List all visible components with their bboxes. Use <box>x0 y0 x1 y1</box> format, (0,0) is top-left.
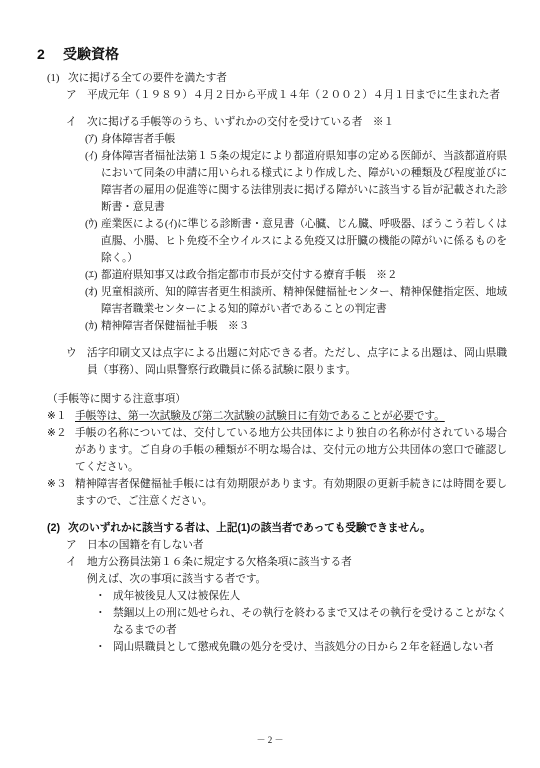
certificate-item-b-label: (ｲ) <box>85 148 101 165</box>
note-2: ※２ 手帳の名称については、交付している地方公共団体により独自の名称が付されてい… <box>37 425 507 476</box>
requirement-1: (1) 次に掲げる全ての要件を満たす者 <box>37 70 507 87</box>
note-3: ※３ 精神障害者保健福祉手帳には有効期限があります。有効期限の更新手続きには時間… <box>37 476 507 510</box>
disqualification-bullet-2-text: 禁錮以上の刑に処せられ、その執行を終わるまで又はその執行を受けることがなくなるま… <box>113 605 507 639</box>
section-heading: 2 受験資格 <box>37 46 507 62</box>
note-1-label: ※１ <box>47 408 75 425</box>
document-content: 2 受験資格 (1) 次に掲げる全ての要件を満たす者 ア 平成元年（１９８９）４… <box>37 46 507 656</box>
certificate-item-c-label: (ｳ) <box>85 216 101 233</box>
certificate-item-d: (ｴ) 都道府県知事又は政令指定都市市長が交付する療育手帳 ※２ <box>37 267 507 284</box>
requirement-2-i-label: イ <box>66 554 87 571</box>
certificate-item-f-label: (ｶ) <box>85 318 101 335</box>
certificate-item-e: (ｵ) 児童相談所、知的障害者更生相談所、精神保健福祉センター、精神保健指定医、… <box>37 284 507 318</box>
requirement-1-u-text: 活字印刷文又は点字による出題に対応できる者。ただし、点字による出題は、岡山県職員… <box>87 345 507 379</box>
certificate-item-c-text: 産業医による(ｲ)に準じる診断書・意見書（心臓、じん臓、呼吸器、ぼうこう若しくは… <box>101 216 507 267</box>
requirement-2-a-text: 日本の国籍を有しない者 <box>87 537 507 554</box>
note-3-text: 精神障害者保健福祉手帳には有効期限があります。有効期限の更新手続きには時間を要し… <box>75 476 507 510</box>
certificate-item-c: (ｳ) 産業医による(ｲ)に準じる診断書・意見書（心臓、じん臓、呼吸器、ぼうこう… <box>37 216 507 267</box>
requirement-1-i-text: 次に掲げる手帳等のうち、いずれかの交付を受けている者 ※１ <box>87 114 507 131</box>
note-1-text: 手帳等は、第一次試験及び第二次試験の試験日に有効であることが必要です。 <box>75 408 507 425</box>
requirement-1-a: ア 平成元年（１９８９）４月２日から平成１４年（２００２）４月１日までに生まれた… <box>37 87 507 104</box>
disqualification-bullet-2: ・ 禁錮以上の刑に処せられ、その執行を終わるまで又はその執行を受けることがなくな… <box>37 605 507 639</box>
requirement-1-i-label: イ <box>66 114 87 131</box>
certificate-item-b: (ｲ) 身体障害者福祉法第１５条の規定により都道府県知事の定める医師が、当該都道… <box>37 148 507 216</box>
note-2-label: ※２ <box>47 425 75 442</box>
certificate-item-a-text: 身体障害者手帳 <box>101 131 507 148</box>
requirement-1-a-text: 平成元年（１９８９）４月２日から平成１４年（２００２）４月１日までに生まれた者 <box>87 87 507 104</box>
note-3-label: ※３ <box>47 476 75 493</box>
bullet-mark: ・ <box>95 588 113 605</box>
certificate-item-a: (ｱ) 身体障害者手帳 <box>37 131 507 148</box>
notes-title-row: （手帳等に関する注意事項） <box>37 391 507 408</box>
requirement-2: (2) 次のいずれかに該当する者は、上記(1)の該当者であっても受験できません。 <box>37 520 507 537</box>
requirement-2-a: ア 日本の国籍を有しない者 <box>37 537 507 554</box>
section-number: 2 <box>37 46 63 62</box>
section-title: 受験資格 <box>63 46 119 62</box>
requirement-2-i-intro-text: 例えば、次の事項に該当する者です。 <box>87 571 507 588</box>
certificate-item-a-label: (ｱ) <box>85 131 101 148</box>
certificate-item-b-text: 身体障害者福祉法第１５条の規定により都道府県知事の定める医師が、当該都道府県にお… <box>101 148 507 216</box>
certificate-item-d-label: (ｴ) <box>85 267 101 284</box>
requirement-1-text: 次に掲げる全ての要件を満たす者 <box>68 70 507 87</box>
requirement-1-a-label: ア <box>66 87 87 104</box>
disqualification-bullet-1: ・ 成年被後見人又は被保佐人 <box>37 588 507 605</box>
requirement-2-text: 次のいずれかに該当する者は、上記(1)の該当者であっても受験できません。 <box>68 520 507 537</box>
requirement-2-label: (2) <box>47 520 68 537</box>
disqualification-bullet-3: ・ 岡山県職員として懲戒免職の処分を受け、当該処分の日から２年を経過しない者 <box>37 639 507 656</box>
page-number: － 2 － <box>0 735 540 746</box>
document-page: 2 受験資格 (1) 次に掲げる全ての要件を満たす者 ア 平成元年（１９８９）４… <box>0 0 540 768</box>
notes-title: （手帳等に関する注意事項） <box>47 391 186 408</box>
bullet-mark: ・ <box>95 605 113 622</box>
requirement-1-u-label: ウ <box>66 345 87 362</box>
certificate-item-e-label: (ｵ) <box>85 284 101 301</box>
requirement-1-u: ウ 活字印刷文又は点字による出題に対応できる者。ただし、点字による出題は、岡山県… <box>37 345 507 379</box>
requirement-1-label: (1) <box>47 70 68 87</box>
requirement-2-a-label: ア <box>66 537 87 554</box>
certificate-item-f-text: 精神障害者保健福祉手帳 ※３ <box>101 318 507 335</box>
note-2-text: 手帳の名称については、交付している地方公共団体により独自の名称が付されている場合… <box>75 425 507 476</box>
certificate-item-f: (ｶ) 精神障害者保健福祉手帳 ※３ <box>37 318 507 335</box>
note-1: ※１ 手帳等は、第一次試験及び第二次試験の試験日に有効であることが必要です。 <box>37 408 507 425</box>
requirement-2-i-intro: 例えば、次の事項に該当する者です。 <box>37 571 507 588</box>
disqualification-bullet-1-text: 成年被後見人又は被保佐人 <box>113 588 507 605</box>
certificate-item-e-text: 児童相談所、知的障害者更生相談所、精神保健福祉センター、精神保健指定医、地域障害… <box>101 284 507 318</box>
requirement-1-i: イ 次に掲げる手帳等のうち、いずれかの交付を受けている者 ※１ <box>37 114 507 131</box>
certificate-item-d-text: 都道府県知事又は政令指定都市市長が交付する療育手帳 ※２ <box>101 267 507 284</box>
bullet-mark: ・ <box>95 639 113 656</box>
requirement-2-i: イ 地方公務員法第１６条に規定する欠格条項に該当する者 <box>37 554 507 571</box>
requirement-2-i-text: 地方公務員法第１６条に規定する欠格条項に該当する者 <box>87 554 507 571</box>
disqualification-bullet-3-text: 岡山県職員として懲戒免職の処分を受け、当該処分の日から２年を経過しない者 <box>113 639 507 656</box>
